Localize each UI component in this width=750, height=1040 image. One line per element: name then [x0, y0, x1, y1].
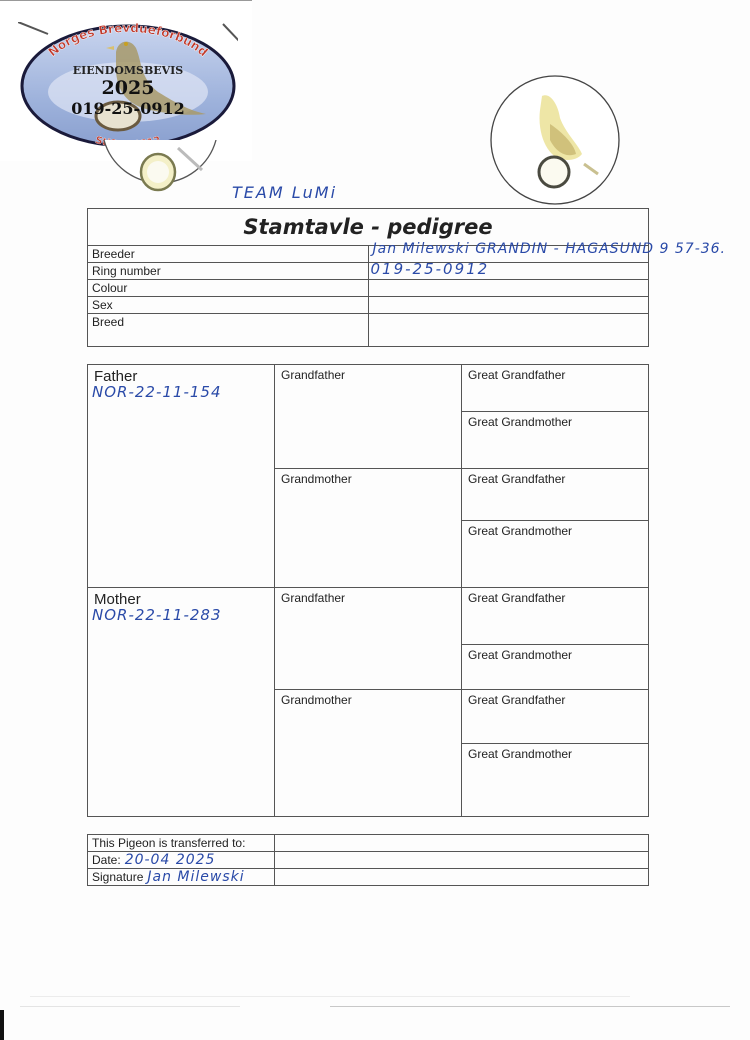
transfer-table: This Pigeon is transferred to: Date:20-0… — [87, 834, 649, 886]
great-grandmother-label: Great Grandmother — [468, 524, 572, 538]
maternal-grandmother-cell[interactable]: Grandmother — [275, 690, 462, 817]
scan-artifact-line — [20, 1006, 240, 1007]
ff-great-grandmother-cell[interactable]: Great Grandmother — [462, 412, 649, 469]
page-title: Stamtavle - pedigree — [88, 209, 649, 246]
signature-row: SignatureJan Milewski — [88, 869, 649, 886]
pigeon-emblem-right — [490, 74, 620, 206]
svg-text:2025: 2025 — [102, 77, 155, 99]
breeder-value: Jan Milewski GRANDIN - HAGASUND 9 57-36. — [373, 241, 727, 257]
signature-field[interactable] — [275, 869, 649, 886]
ownership-badge: Norges Brevdueforbund EIENDOMSBEVIS 2025… — [18, 22, 238, 150]
great-grandfather-label: Great Grandfather — [468, 368, 565, 382]
fm-great-grandfather-cell[interactable]: Great Grandfather — [462, 469, 649, 521]
breed-row: Breed — [88, 314, 649, 347]
paternal-grandmother-cell[interactable]: Grandmother — [275, 469, 462, 588]
fm-great-grandmother-cell[interactable]: Great Grandmother — [462, 521, 649, 588]
pigeon-badge-icon: Norges Brevdueforbund EIENDOMSBEVIS 2025… — [18, 22, 238, 150]
maternal-grandfather-cell[interactable]: Grandfather — [275, 588, 462, 690]
maternal-grandfather-label: Grandfather — [281, 591, 345, 605]
svg-text:019-25-0912: 019-25-0912 — [71, 99, 184, 118]
maternal-grandmother-label: Grandmother — [281, 693, 352, 707]
pedigree-grid: Father NOR-22-11-154 Grandfather Great G… — [87, 364, 649, 817]
father-ring-value: NOR-22-11-154 — [92, 383, 222, 401]
mm-great-grandmother-cell[interactable]: Great Grandmother — [462, 744, 649, 817]
colour-label: Colour — [88, 280, 369, 297]
paternal-grandfather-label: Grandfather — [281, 368, 345, 382]
mf-great-grandfather-cell[interactable]: Great Grandfather — [462, 588, 649, 645]
ring-number-value: 019-25-0912 — [371, 260, 490, 278]
breed-field[interactable] — [368, 314, 649, 347]
svg-text:EIENDOMSBEVIS: EIENDOMSBEVIS — [73, 64, 184, 77]
ff-great-grandfather-cell[interactable]: Great Grandfather — [462, 365, 649, 412]
mother-ring-value: NOR-22-11-283 — [92, 606, 222, 624]
mm-great-grandfather-cell[interactable]: Great Grandfather — [462, 690, 649, 744]
paternal-grandmother-label: Grandmother — [281, 472, 352, 486]
sex-field[interactable] — [368, 297, 649, 314]
transferred-to-label: This Pigeon is transferred to: — [88, 835, 275, 852]
breeder-label: Breeder — [88, 246, 369, 263]
mf-great-grandmother-cell[interactable]: Great Grandmother — [462, 645, 649, 690]
date-field[interactable] — [275, 852, 649, 869]
sex-row: Sex — [88, 297, 649, 314]
great-grandmother-label: Great Grandmother — [468, 747, 572, 761]
scan-artifact-line — [30, 996, 630, 997]
breed-label: Breed — [88, 314, 369, 347]
mother-cell[interactable]: Mother NOR-22-11-283 — [88, 588, 275, 817]
great-grandfather-label: Great Grandfather — [468, 472, 565, 486]
breeder-row: Breeder Jan Milewski GRANDIN - HAGASUND … — [88, 246, 649, 263]
signature-cell: SignatureJan Milewski — [88, 869, 275, 886]
father-cell[interactable]: Father NOR-22-11-154 — [88, 365, 275, 588]
great-grandfather-label: Great Grandfather — [468, 693, 565, 707]
great-grandmother-label: Great Grandmother — [468, 415, 572, 429]
ring-number-label: Ring number — [88, 263, 369, 280]
scan-artifact-line — [330, 1006, 730, 1007]
date-cell: Date:20-04 2025 — [88, 852, 275, 869]
colour-row: Colour — [88, 280, 649, 297]
pedigree-info-table: Stamtavle - pedigree Breeder Jan Milewsk… — [87, 208, 649, 347]
pigeon-emblem-icon — [100, 140, 220, 208]
ring-number-row: Ring number 019-25-0912 — [88, 263, 649, 280]
great-grandmother-label: Great Grandmother — [468, 648, 572, 662]
transferred-to-field[interactable] — [275, 835, 649, 852]
signature-value: Jan Milewski — [147, 869, 244, 885]
colour-field[interactable] — [368, 280, 649, 297]
transferred-to-row: This Pigeon is transferred to: — [88, 835, 649, 852]
ring-number-field[interactable]: 019-25-0912 — [368, 263, 649, 280]
date-row: Date:20-04 2025 — [88, 852, 649, 869]
signature-label: Signature — [92, 870, 143, 884]
pigeon-emblem-left — [100, 140, 220, 208]
date-label: Date: — [92, 853, 121, 867]
sex-label: Sex — [88, 297, 369, 314]
paternal-grandfather-cell[interactable]: Grandfather — [275, 365, 462, 469]
scan-edge — [0, 1010, 4, 1040]
date-value: 20-04 2025 — [125, 852, 216, 868]
great-grandfather-label: Great Grandfather — [468, 591, 565, 605]
team-note: TEAM LuMi — [232, 183, 337, 202]
pigeon-emblem-icon — [490, 74, 620, 206]
